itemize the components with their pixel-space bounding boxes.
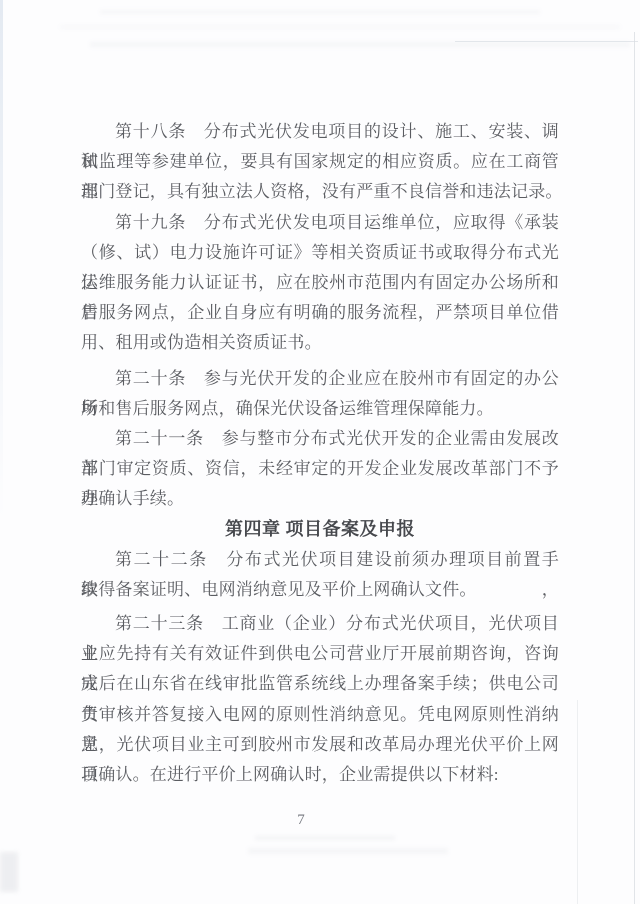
document-body: 第十八条 分布式光伏发电项目的设计、施工、安装、调试和监理等参建单位，要具有国家… bbox=[81, 117, 559, 790]
scan-ghost-smudge bbox=[60, 25, 620, 29]
scan-ghost-smudge bbox=[255, 836, 395, 840]
paragraph-第二十二条: 第二十二条 分布式光伏项目建设前须办理项目前置手续，取得备案证明、电网消纳意见及… bbox=[81, 545, 559, 605]
text-line: 第十九条 分布式光伏发电项目运维单位，应取得《承装 bbox=[81, 208, 559, 238]
text-line: 后服务网点，企业自身应有明确的服务流程，严禁项目单位借 bbox=[81, 298, 559, 328]
paragraph-第十九条: 第十九条 分布式光伏发电项目运维单位，应取得《承装（修、试）电力设施许可证》等相… bbox=[81, 208, 559, 359]
paragraph-第二十三条: 第二十三条 工商业（企业）分布式光伏项目，光伏项目业主应先持有关有效证件到供电公… bbox=[81, 609, 559, 790]
scan-crease-line bbox=[577, 700, 578, 904]
paragraph-第十八条: 第十八条 分布式光伏发电项目的设计、施工、安装、调试和监理等参建单位，要具有国家… bbox=[81, 117, 559, 208]
text-line: 责审核并答复接入电网的原则性消纳意见。凭电网原则性消纳意 bbox=[81, 700, 559, 730]
paragraph-第二十条: 第二十条 参与光伏开发的企业应在胶州市有固定的办公场所和售后服务网点，确保光伏设… bbox=[81, 364, 559, 424]
chapter-heading: 第四章 项目备案及申报 bbox=[81, 514, 559, 544]
scan-ghost-smudge bbox=[100, 10, 540, 14]
text-line: 部门审定资质、资信，未经审定的开发企业发展改革部门不予办 bbox=[81, 454, 559, 484]
text-line: 和监理等参建单位，要具有国家规定的相应资质。应在工商管理 bbox=[81, 147, 559, 177]
scan-ghost-smudge bbox=[248, 848, 448, 854]
text-line: 理确认手续。 bbox=[81, 484, 559, 514]
text-line: 所和售后服务网点，确保光伏设备运维管理保障能力。 bbox=[81, 394, 559, 424]
text-line: （修、试）电力设施许可证》等相关资质证书或取得分布式光伏 bbox=[81, 238, 559, 268]
text-line: 第二十三条 工商业（企业）分布式光伏项目，光伏项目业 bbox=[81, 609, 559, 639]
text-line: 部门登记，具有独立法人资格，没有严重不良信誉和违法记录。 bbox=[81, 177, 559, 207]
text-line: 第二十二条 分布式光伏项目建设前须办理项目前置手续， bbox=[81, 545, 559, 575]
text-line: 目确认。在进行平价上网确认时，企业需提供以下材料: bbox=[81, 760, 559, 790]
text-line: 第十八条 分布式光伏发电项目的设计、施工、安装、调试 bbox=[81, 117, 559, 147]
text-line: 见，光伏项目业主可到胶州市发展和改革局办理光伏平价上网项 bbox=[81, 730, 559, 760]
text-line: 第二十一条 参与整市分布式光伏开发的企业需由发展改革 bbox=[81, 424, 559, 454]
text-line: 主应先持有关有效证件到供电公司营业厅开展前期咨询，咨询完 bbox=[81, 639, 559, 669]
text-line: 用、租用或伪造相关资质证书。 bbox=[81, 328, 559, 358]
paragraph-第二十一条: 第二十一条 参与整市分布式光伏开发的企业需由发展改革部门审定资质、资信，未经审定… bbox=[81, 424, 559, 515]
text-line: 运维服务能力认证证书，应在胶州市范围内有固定办公场所和售 bbox=[81, 268, 559, 298]
scan-edge-left bbox=[0, 0, 3, 520]
scan-edge-right bbox=[634, 32, 635, 904]
scan-corner-smudge bbox=[0, 852, 18, 892]
text-line: 成后在山东省在线审批监管系统线上办理备案手续；供电公司负 bbox=[81, 669, 559, 699]
scanned-document-page: 第十八条 分布式光伏发电项目的设计、施工、安装、调试和监理等参建单位，要具有国家… bbox=[0, 0, 640, 904]
text-line: 第二十条 参与光伏开发的企业应在胶州市有固定的办公场 bbox=[81, 364, 559, 394]
page-number: 7 bbox=[81, 809, 521, 831]
scan-crease-line bbox=[455, 41, 638, 42]
scan-ghost-smudge bbox=[90, 42, 630, 47]
